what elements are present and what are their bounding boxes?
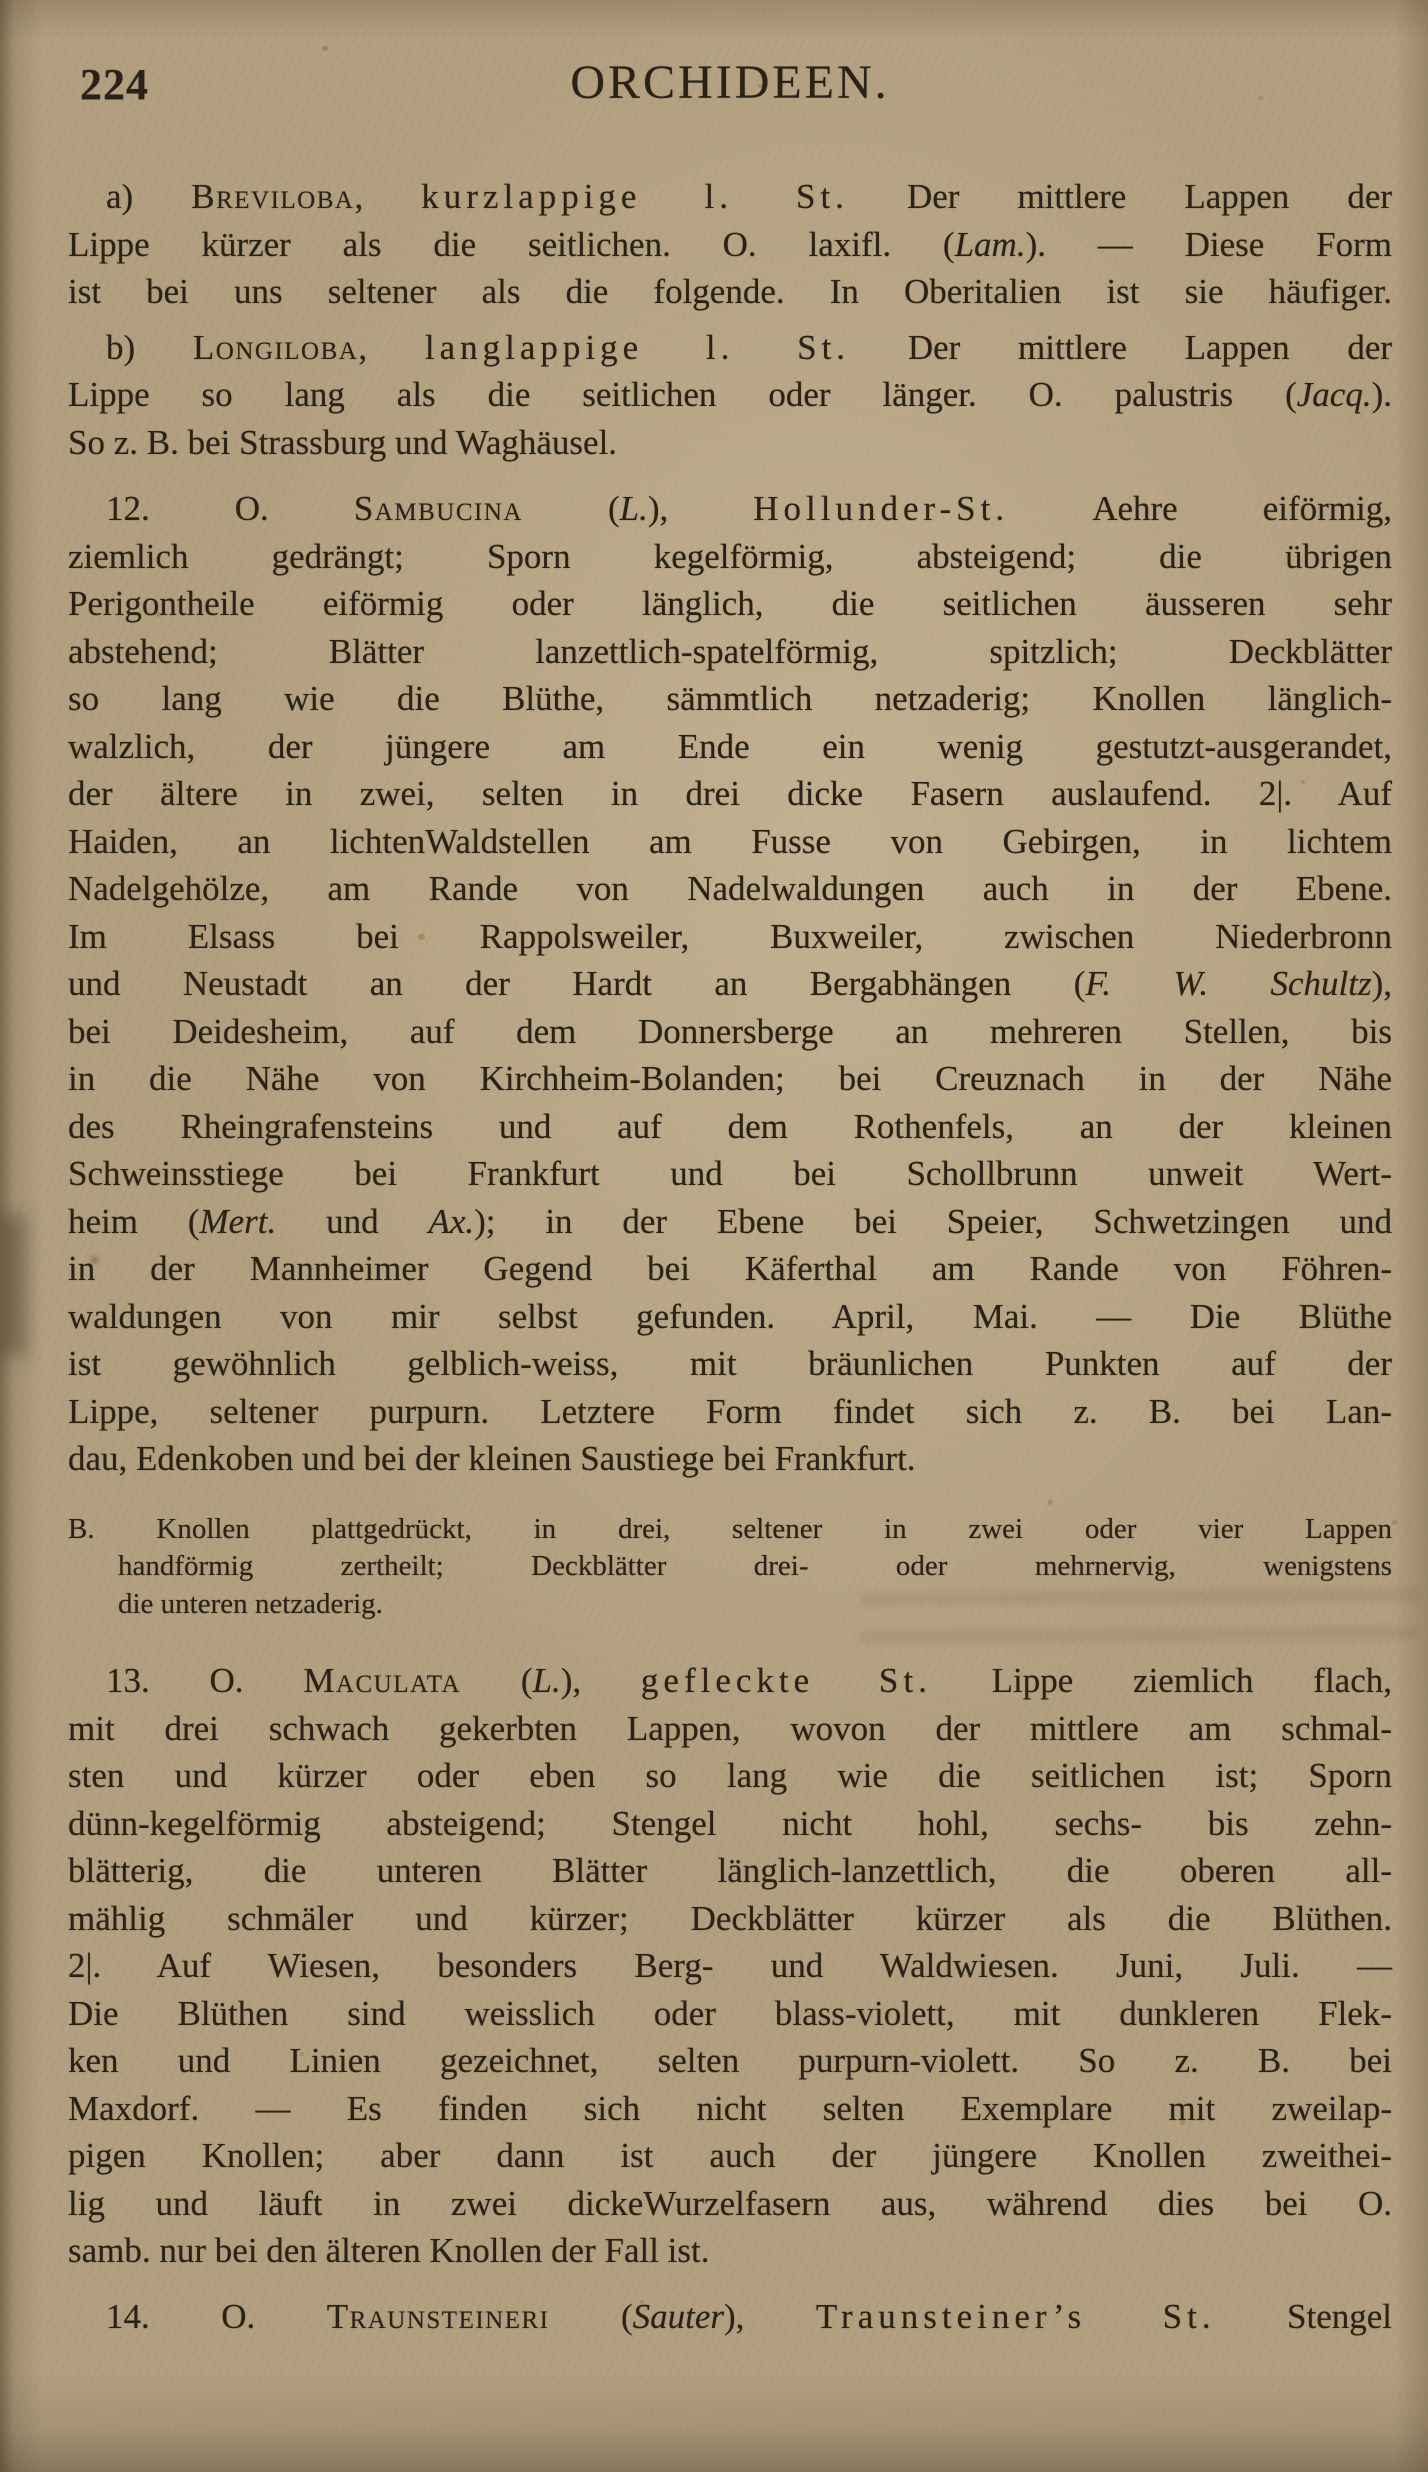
text-segment: ist bei uns seltener als die folgende. I… [68, 272, 1392, 311]
text-segment: so lang wie die Blüthe, sämmtlich netzad… [68, 679, 1392, 718]
text-segment: walzlich, der jüngere am Ende ein wenig … [68, 727, 1392, 766]
paragraph-12: 12. O. Sambucina (L.), Hollunder-St. Aeh… [68, 485, 1392, 1483]
text-segment: Der mittlere Lappen der [849, 177, 1392, 216]
text-line: 2|. Auf Wiesen, besonders Berg- und Wald… [68, 1942, 1392, 1990]
text-segment: Breviloba [191, 177, 354, 216]
text-line: handförmig zertheilt; Deckblätter drei- … [68, 1548, 1392, 1586]
text-line: Schweinsstiege bei Frankfurt und bei Sch… [68, 1150, 1392, 1198]
text-line: b) Longiloba, langlappige l. St. Der mit… [68, 324, 1392, 372]
text-segment: 14. O. [106, 2297, 327, 2336]
text-segment: Lippe so lang als die seitlichen oder lä… [68, 375, 1297, 414]
text-segment: 2|. Auf Wiesen, besonders Berg- und Wald… [68, 1946, 1392, 1985]
text-segment: ist gewöhnlich gelblich-weiss, mit bräun… [68, 1344, 1392, 1383]
text-segment: ( [550, 2297, 633, 2336]
text-line: ist bei uns seltener als die folgende. I… [68, 268, 1392, 316]
text-line: blätterig, die unteren Blätter länglich-… [68, 1847, 1392, 1895]
running-title: ORCHIDEEN. [68, 55, 1392, 110]
text-line: des Rheingrafensteins und auf dem Rothen… [68, 1103, 1392, 1151]
text-line: a) Breviloba, kurzlappige l. St. Der mit… [68, 173, 1392, 221]
text-segment: ), [724, 2297, 816, 2336]
text-line: Haiden, an lichtenWaldstellen am Fusse v… [68, 818, 1392, 866]
page-body: a) Breviloba, kurzlappige l. St. Der mit… [68, 173, 1392, 2340]
text-segment: pigen Knollen; aber dann ist auch der jü… [68, 2136, 1392, 2175]
text-segment: gefleckte St. [641, 1661, 932, 1700]
text-segment: kurzlappige l. St. [421, 177, 849, 216]
text-segment: Nadelgehölze, am Rande von Nadelwaldunge… [68, 869, 1392, 908]
text-segment: b) [106, 328, 193, 367]
text-segment: L. [620, 489, 648, 528]
text-segment: F. W. Schultz [1085, 964, 1371, 1003]
paragraph-14: 14. O. Traunsteineri (Sauter), Traunstei… [68, 2293, 1392, 2341]
text-segment: Maxdorf. — Es finden sich nicht selten E… [68, 2089, 1392, 2128]
text-line: waldungen von mir selbst gefunden. April… [68, 1293, 1392, 1341]
text-segment: Aehre eiförmig, [1009, 489, 1392, 528]
text-segment: , [354, 177, 421, 216]
page-number: 224 [80, 59, 149, 110]
text-segment: Longiloba [193, 328, 358, 367]
text-line: Im Elsass bei Rappolsweiler, Buxweiler, … [68, 913, 1392, 961]
text-segment: Jacq. [1297, 375, 1372, 414]
text-line: so lang wie die Blüthe, sämmtlich netzad… [68, 675, 1392, 723]
text-segment: und Neustadt an der Hardt an Bergabhänge… [68, 964, 1085, 1003]
text-segment: So z. B. bei Strassburg und Waghäusel. [68, 423, 617, 462]
text-line: abstehend; Blätter lanzettlich-spatelför… [68, 628, 1392, 676]
text-line: Lippe kürzer als die seitlichen. O. laxi… [68, 221, 1392, 269]
text-segment: Lam. [955, 225, 1026, 264]
text-segment: Lippe kürzer als die seitlichen. O. laxi… [68, 225, 955, 264]
text-segment: des Rheingrafensteins und auf dem Rothen… [68, 1107, 1392, 1146]
text-line: Die Blüthen sind weisslich oder blass-vi… [68, 1990, 1392, 2038]
text-line: Lippe so lang als die seitlichen oder lä… [68, 371, 1392, 419]
text-segment: Hollunder-St. [753, 489, 1009, 528]
text-segment: ), [561, 1661, 641, 1700]
text-line: dau, Edenkoben und bei der kleinen Saust… [68, 1435, 1392, 1483]
text-segment: Traunsteineri [327, 2297, 550, 2336]
text-segment: sten und kürzer oder eben so lang wie di… [68, 1756, 1392, 1795]
text-segment: handförmig zertheilt; Deckblätter drei- … [118, 1550, 1392, 1582]
text-segment: L. [533, 1661, 561, 1700]
page-content: 224 ORCHIDEEN. a) Breviloba, kurzlappige… [68, 0, 1392, 2340]
text-segment: lig und läuft in zwei dickeWurzelfasern … [68, 2184, 1392, 2223]
text-line: in die Nähe von Kirchheim-Bolanden; bei … [68, 1055, 1392, 1103]
text-line: 14. O. Traunsteineri (Sauter), Traunstei… [68, 2293, 1392, 2341]
text-line: in der Mannheimer Gegend bei Käferthal a… [68, 1245, 1392, 1293]
paper-edge-smudge [0, 1215, 26, 1355]
text-line: So z. B. bei Strassburg und Waghäusel. [68, 419, 1392, 467]
text-line: bei Deidesheim, auf dem Donnersberge an … [68, 1008, 1392, 1056]
text-segment: Traunsteiner’s St. [816, 2297, 1216, 2336]
text-segment: ziemlich gedrängt; Sporn kegelförmig, ab… [68, 537, 1392, 576]
text-segment: bei Deidesheim, auf dem Donnersberge an … [68, 1012, 1392, 1051]
text-line: heim (Mert. und Ax.); in der Ebene bei S… [68, 1198, 1392, 1246]
text-line: Nadelgehölze, am Rande von Nadelwaldunge… [68, 865, 1392, 913]
text-line: samb. nur bei den älteren Knollen der Fa… [68, 2227, 1392, 2275]
text-line: mählig schmäler und kürzer; Deckblätter … [68, 1895, 1392, 1943]
text-segment: Sambucina [354, 489, 523, 528]
text-line: Maxdorf. — Es finden sich nicht selten E… [68, 2085, 1392, 2133]
text-segment: der ältere in zwei, selten in drei dicke… [68, 774, 1392, 813]
text-line: walzlich, der jüngere am Ende ein wenig … [68, 723, 1392, 771]
text-segment: Lippe ziemlich flach, [932, 1661, 1392, 1700]
text-segment: 12. O. [106, 489, 354, 528]
text-line: 12. O. Sambucina (L.), Hollunder-St. Aeh… [68, 485, 1392, 533]
text-line: sten und kürzer oder eben so lang wie di… [68, 1752, 1392, 1800]
text-line: lig und läuft in zwei dickeWurzelfasern … [68, 2180, 1392, 2228]
text-segment: ). [1372, 375, 1392, 414]
text-segment: Maculata [303, 1661, 461, 1700]
paragraph-a: a) Breviloba, kurzlappige l. St. Der mit… [68, 173, 1392, 316]
text-segment: blätterig, die unteren Blätter länglich-… [68, 1851, 1392, 1890]
text-segment: Perigontheile eiförmig oder länglich, di… [68, 584, 1392, 623]
text-segment: B. Knollen plattgedrückt, in drei, selte… [68, 1513, 1392, 1545]
text-segment: in die Nähe von Kirchheim-Bolanden; bei … [68, 1059, 1392, 1098]
text-segment: in der Mannheimer Gegend bei Käferthal a… [68, 1249, 1392, 1288]
text-line: pigen Knollen; aber dann ist auch der jü… [68, 2132, 1392, 2180]
text-line: B. Knollen plattgedrückt, in drei, selte… [68, 1511, 1392, 1549]
text-line: dünn-kegelförmig absteigend; Stengel nic… [68, 1800, 1392, 1848]
text-segment: waldungen von mir selbst gefunden. April… [68, 1297, 1392, 1336]
text-segment: langlappige l. St. [425, 328, 850, 367]
text-line: Lippe, seltener purpurn. Letztere Form f… [68, 1388, 1392, 1436]
text-line: die unteren netzaderig. [68, 1586, 1392, 1624]
text-segment: samb. nur bei den älteren Knollen der Fa… [68, 2231, 710, 2270]
text-line: der ältere in zwei, selten in drei dicke… [68, 770, 1392, 818]
text-segment: dau, Edenkoben und bei der kleinen Saust… [68, 1439, 916, 1478]
text-segment: Im Elsass bei Rappolsweiler, Buxweiler, … [68, 917, 1392, 956]
text-segment: mit drei schwach gekerbten Lappen, wovon… [68, 1709, 1392, 1748]
paragraph-knollen-b: B. Knollen plattgedrückt, in drei, selte… [68, 1511, 1392, 1624]
text-segment: Schweinsstiege bei Frankfurt und bei Sch… [68, 1154, 1392, 1193]
text-segment: Lippe, seltener purpurn. Letztere Form f… [68, 1392, 1392, 1431]
text-line: ziemlich gedrängt; Sporn kegelförmig, ab… [68, 533, 1392, 581]
text-segment: ( [461, 1661, 532, 1700]
text-segment: Haiden, an lichtenWaldstellen am Fusse v… [68, 822, 1392, 861]
text-segment: Ax. [428, 1202, 474, 1241]
text-segment: 13. O. [106, 1661, 303, 1700]
page-header: 224 ORCHIDEEN. [68, 55, 1392, 107]
paper-speckle [1392, 1520, 1398, 1525]
text-segment: ken und Linien gezeichnet, selten purpur… [68, 2041, 1392, 2080]
text-line: und Neustadt an der Hardt an Bergabhänge… [68, 960, 1392, 1008]
text-segment: Stengel [1216, 2297, 1392, 2336]
text-segment: dünn-kegelförmig absteigend; Stengel nic… [68, 1804, 1392, 1843]
text-segment: a) [106, 177, 191, 216]
text-segment: ), [1372, 964, 1392, 1003]
text-line: Perigontheile eiförmig oder länglich, di… [68, 580, 1392, 628]
text-segment: ), [648, 489, 753, 528]
paragraph-b: b) Longiloba, langlappige l. St. Der mit… [68, 324, 1392, 467]
text-segment: heim ( [68, 1202, 199, 1241]
paragraph-13: 13. O. Maculata (L.), gefleckte St. Lipp… [68, 1657, 1392, 2275]
text-segment: ); in der Ebene bei Speier, Schwetzingen… [474, 1202, 1392, 1241]
text-segment: Der mittlere Lappen der [850, 328, 1392, 367]
text-segment: und [276, 1202, 428, 1241]
text-line: mit drei schwach gekerbten Lappen, wovon… [68, 1705, 1392, 1753]
text-segment: Sauter [633, 2297, 724, 2336]
text-segment: ( [523, 489, 620, 528]
text-segment: mählig schmäler und kürzer; Deckblätter … [68, 1899, 1392, 1938]
text-segment: abstehend; Blätter lanzettlich-spatelför… [68, 632, 1392, 671]
text-segment: , [358, 328, 425, 367]
text-segment: ). — Diese Form [1026, 225, 1392, 264]
text-line: ist gewöhnlich gelblich-weiss, mit bräun… [68, 1340, 1392, 1388]
scanned-book-page: { "page": { "number": "224", "header": "… [0, 0, 1428, 2472]
text-segment: die unteren netzaderig. [118, 1588, 383, 1620]
text-line: ken und Linien gezeichnet, selten purpur… [68, 2037, 1392, 2085]
text-segment: Die Blüthen sind weisslich oder blass-vi… [68, 1994, 1392, 2033]
text-segment: Mert. [199, 1202, 276, 1241]
text-line: 13. O. Maculata (L.), gefleckte St. Lipp… [68, 1657, 1392, 1705]
